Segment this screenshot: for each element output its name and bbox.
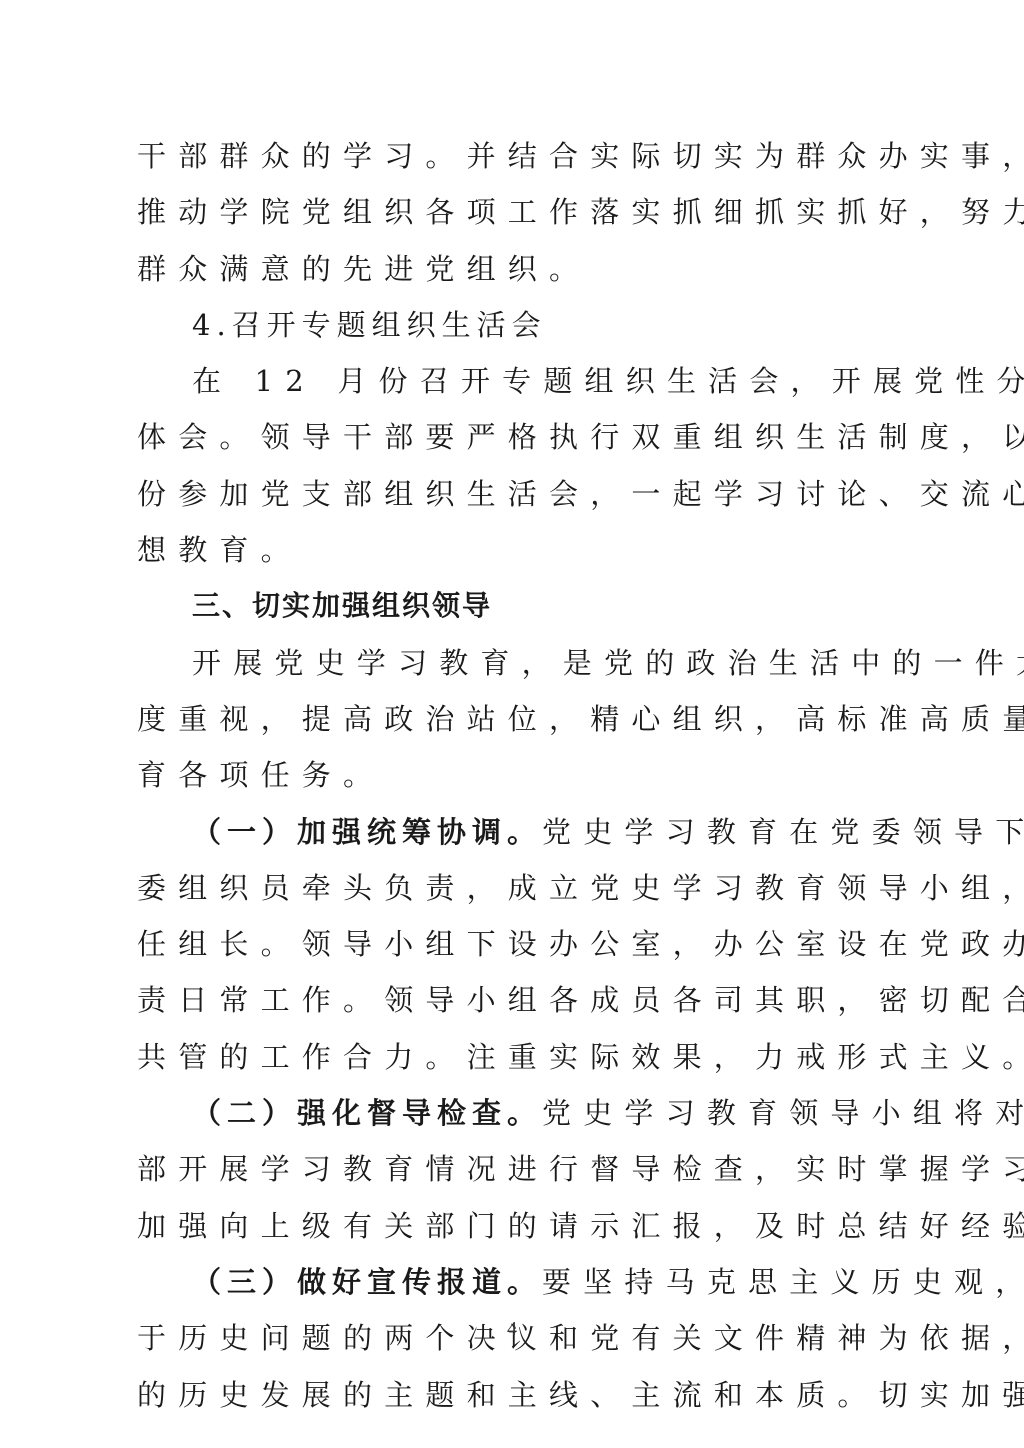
page-number: 4 <box>0 1318 1024 1341</box>
text-line: 育各项任务。 <box>137 747 889 803</box>
text-line: 开展党史学习教育，是党的政治生活中的一件大事，要高 <box>137 635 889 691</box>
text-line: 推动学院党组织各项工作落实抓细抓实抓好，努力打造成师生 <box>137 184 889 240</box>
lead-title: （一）加强统筹协调。 <box>192 815 542 849</box>
text-line: 份参加党支部组织生活会，一起学习讨论、交流心得、接受思 <box>137 466 889 522</box>
text-line: 在 12 月份召开专题组织生活会，开展党性分析，交流学习 <box>137 353 889 409</box>
paragraph-supervision: （二）强化督导检查。党史学习教育领导小组将对各党支 部开展学习教育情况进行督导检… <box>137 1085 889 1254</box>
lead-rest: 党史学习教育在党委领导下，由党 <box>542 815 1024 849</box>
text-line: 任组长。领导小组下设办公室，办公室设在党政办公室,具体负 <box>137 916 889 972</box>
paragraph-continuation: 干部群众的学习。并结合实际切实为群众办实事，排忧解难。 推动学院党组织各项工作落… <box>137 128 889 297</box>
lead-title: （二）强化督导检查。 <box>192 1096 542 1130</box>
text-line: （三）做好宣传报道。要坚持马克思主义历史观，以党关 <box>137 1254 889 1310</box>
text-line: 干部群众的学习。并结合实际切实为群众办实事，排忧解难。 <box>137 128 889 184</box>
text-line: 度重视，提高政治站位，精心组织，高标准高质量完成学习教 <box>137 691 889 747</box>
text-line: 的历史发展的主题和主线、主流和本质。切实加强思想引导和 <box>137 1367 889 1423</box>
document-page: 干部群众的学习。并结合实际切实为群众办实事，排忧解难。 推动学院党组织各项工作落… <box>137 128 889 1423</box>
text-line: 群众满意的先进党组织。 <box>137 241 889 297</box>
text-line: 共管的工作合力。注重实际效果，力戒形式主义。 <box>137 1029 889 1085</box>
text-line: 想教育。 <box>137 522 889 578</box>
section-heading-3: 三、切实加强组织领导 <box>137 578 889 634</box>
paragraph-coordination: （一）加强统筹协调。党史学习教育在党委领导下，由党 委组织员牵头负责，成立党史学… <box>137 804 889 1085</box>
text-line: （一）加强统筹协调。党史学习教育在党委领导下，由党 <box>137 804 889 860</box>
text-line: 委组织员牵头负责，成立党史学习教育领导小组，丁锋贵同志 <box>137 860 889 916</box>
text-line: 部开展学习教育情况进行督导检查，实时掌握学习教育情况， <box>137 1141 889 1197</box>
text-line: 加强向上级有关部门的请示汇报，及时总结好经验好成果。 <box>137 1198 889 1254</box>
subheading-4: 4.召开专题组织生活会 <box>137 297 889 353</box>
lead-rest: 要坚持马克思主义历史观，以党关 <box>542 1265 1024 1299</box>
text-line: 体会。领导干部要严格执行双重组织生活制度，以普通党员身 <box>137 409 889 465</box>
paragraph-intro: 开展党史学习教育，是党的政治生活中的一件大事，要高 度重视，提高政治站位，精心组… <box>137 635 889 804</box>
lead-rest: 党史学习教育领导小组将对各党支 <box>542 1096 1024 1130</box>
lead-title: （三）做好宣传报道。 <box>192 1265 542 1299</box>
paragraph-meeting: 在 12 月份召开专题组织生活会，开展党性分析，交流学习 体会。领导干部要严格执… <box>137 353 889 578</box>
text-line: 责日常工作。领导小组各成员各司其职，密切配合，形成齐抓 <box>137 972 889 1028</box>
text-line: （二）强化督导检查。党史学习教育领导小组将对各党支 <box>137 1085 889 1141</box>
